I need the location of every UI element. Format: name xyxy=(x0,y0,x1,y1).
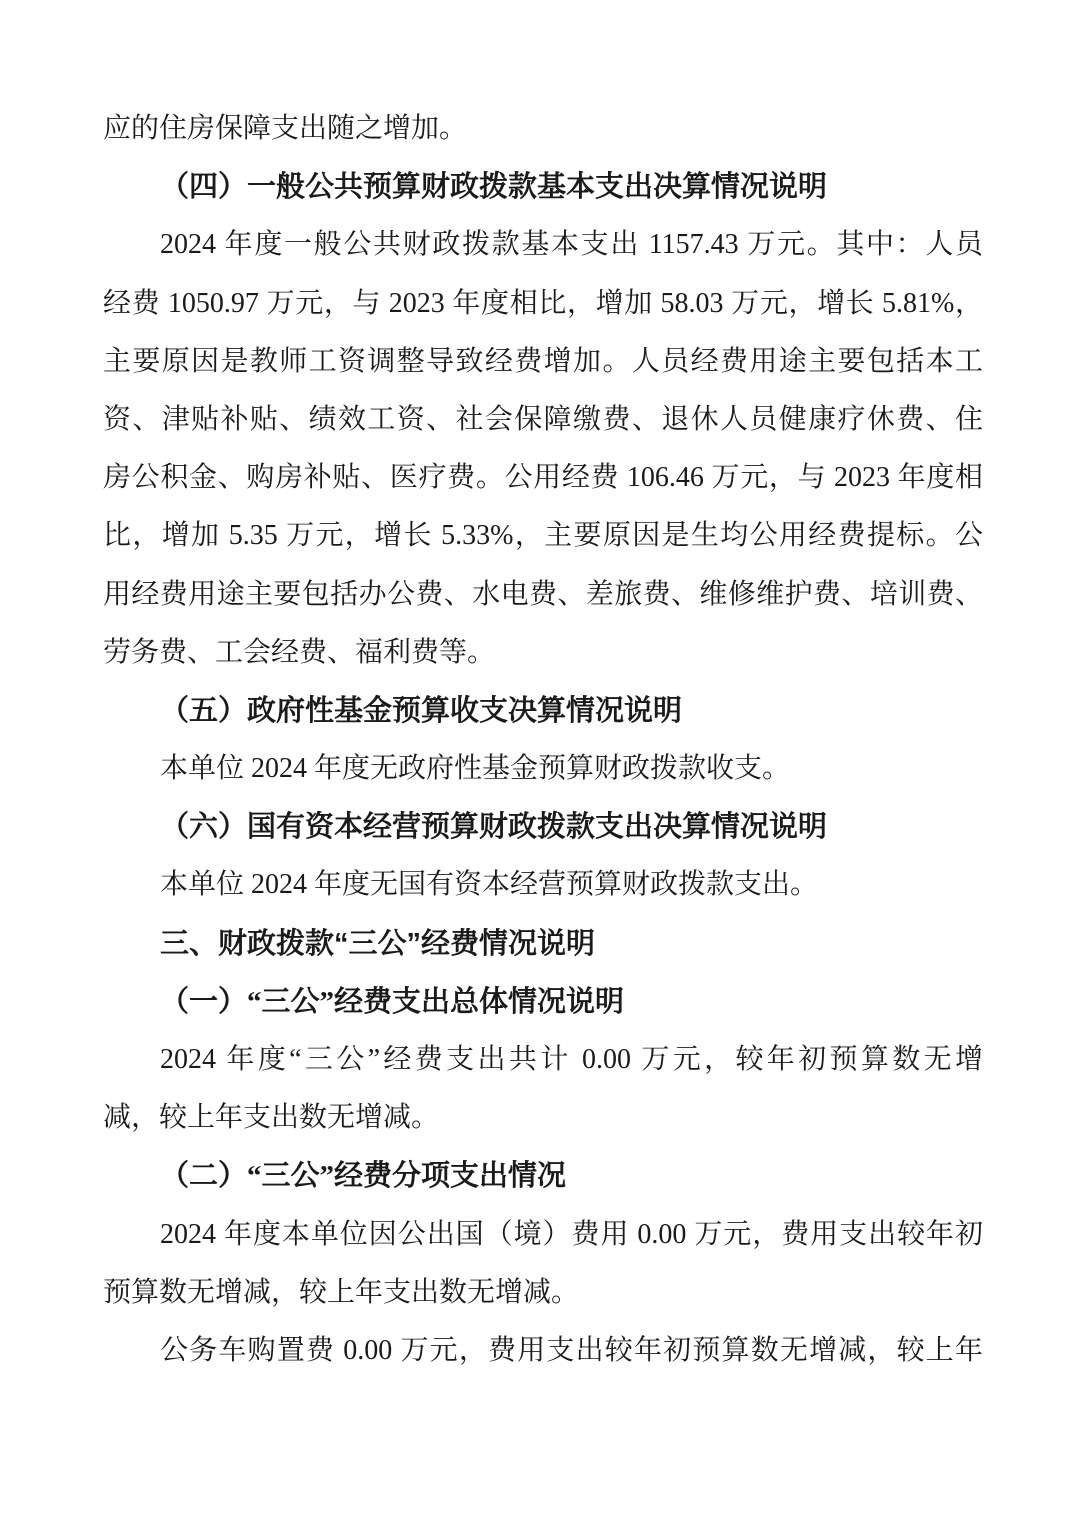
text-line: 本单位 2024 年度无国有资本经营预算财政拨款支出。 xyxy=(103,856,983,914)
text-line: 公务车购置费 0.00 万元，费用支出较年初预算数无增减，较上年 xyxy=(103,1322,983,1380)
heading-section-4: （四）一般公共预算财政拨款基本支出决算情况说明 xyxy=(103,158,983,216)
text-line: 本单位 2024 年度无政府性基金预算财政拨款收支。 xyxy=(103,740,983,798)
text-line: 资、津贴补贴、绩效工资、社会保障缴费、退休人员健康疗休费、住 xyxy=(103,391,983,449)
text-line: 比，增加 5.35 万元，增长 5.33%，主要原因是生均公用经费提标。公 xyxy=(103,507,983,565)
heading-part-3: 三、财政拨款“三公”经费情况说明 xyxy=(103,915,983,973)
text-line: 房公积金、购房补贴、医疗费。公用经费 106.46 万元，与 2023 年度相 xyxy=(103,449,983,507)
text-line: 2024 年度一般公共财政拨款基本支出 1157.43 万元。其中：人员 xyxy=(103,216,983,274)
text-line: 2024 年度“三公”经费支出共计 0.00 万元，较年初预算数无增 xyxy=(103,1031,983,1089)
heading-subsection-2: （二）“三公”经费分项支出情况 xyxy=(103,1147,983,1205)
heading-subsection-1: （一）“三公”经费支出总体情况说明 xyxy=(103,973,983,1031)
text-line: 减，较上年支出数无增减。 xyxy=(103,1089,983,1147)
text-line: 应的住房保障支出随之增加。 xyxy=(103,100,983,158)
text-line: 劳务费、工会经费、福利费等。 xyxy=(103,624,983,682)
document-page: 应的住房保障支出随之增加。 （四）一般公共预算财政拨款基本支出决算情况说明 20… xyxy=(0,0,1074,1520)
text-line: 2024 年度本单位因公出国（境）费用 0.00 万元，费用支出较年初 xyxy=(103,1206,983,1264)
document-content: 应的住房保障支出随之增加。 （四）一般公共预算财政拨款基本支出决算情况说明 20… xyxy=(103,100,983,1380)
text-line: 用经费用途主要包括办公费、水电费、差旅费、维修维护费、培训费、 xyxy=(103,566,983,624)
heading-section-6: （六）国有资本经营预算财政拨款支出决算情况说明 xyxy=(103,798,983,856)
text-line: 预算数无增减，较上年支出数无增减。 xyxy=(103,1264,983,1322)
heading-section-5: （五）政府性基金预算收支决算情况说明 xyxy=(103,682,983,740)
text-line: 经费 1050.97 万元，与 2023 年度相比，增加 58.03 万元，增长… xyxy=(103,275,983,333)
text-line: 主要原因是教师工资调整导致经费增加。人员经费用途主要包括本工 xyxy=(103,333,983,391)
